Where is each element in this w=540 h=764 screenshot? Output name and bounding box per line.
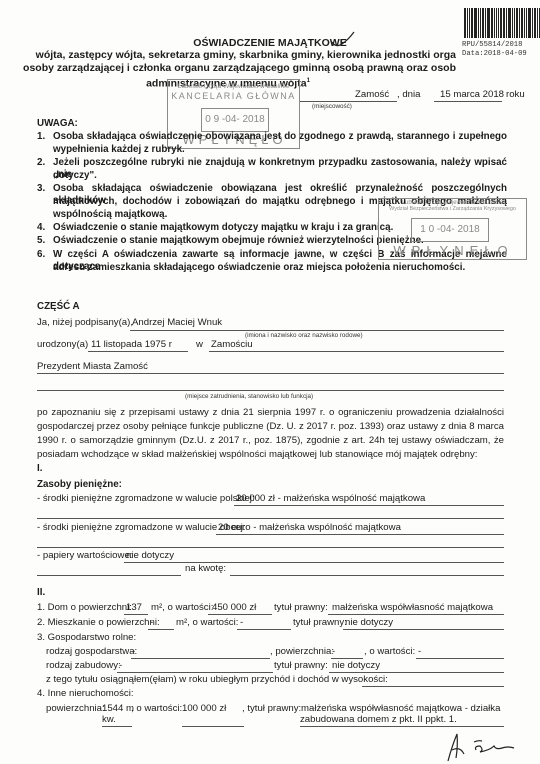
uwaga-item-5-line-1: Oświadczenie o stanie majątkowym obejmuj… bbox=[53, 235, 424, 247]
uwaga-item-1-num: 1. bbox=[37, 131, 45, 143]
stamp-1-line-1: Lubelski Urząd Wojewódzki w Lublinie bbox=[168, 83, 299, 90]
securities-value: nie dotyczy bbox=[126, 550, 174, 562]
place-caption: (miejscowość) bbox=[312, 103, 352, 111]
declarant-label: Ja, niżej podpisany(a), bbox=[37, 317, 133, 329]
footnote-mark: 1 bbox=[307, 78, 310, 84]
position-value: Prezydent Miasta Zamość bbox=[37, 361, 148, 373]
uwaga-item-4-num: 4. bbox=[37, 222, 45, 234]
farm-building: - bbox=[119, 660, 122, 672]
stamp-1-line-2: KANCELARIA GŁÓWNA bbox=[168, 91, 299, 101]
flat-title: nie dotyczy bbox=[345, 617, 393, 629]
barcode-id: RPU/55814/2018 bbox=[462, 41, 522, 50]
stamp-2-date: 1 0 -04- 2018 bbox=[411, 218, 489, 242]
foreign-label: - środki pieniężne zgromadzone w walucie… bbox=[37, 522, 246, 534]
born-label: urodzony(a) bbox=[37, 339, 88, 351]
born-date: 11 listopada 1975 r bbox=[91, 339, 172, 351]
legal-paragraph-line-4: posiadam wchodzące w skład małżeńskiej w… bbox=[37, 449, 477, 461]
uwaga-item-2-line-1: Jeżeli poszczególne rubryki nie znajdują… bbox=[53, 157, 507, 181]
legal-paragraph-line-2: gospodarczej przez osoby pełniące funkcj… bbox=[37, 421, 504, 433]
place-value: Zamość bbox=[355, 89, 389, 101]
header-line-1: wójta, zastępcy wójta, sekretarza gminy,… bbox=[0, 49, 456, 62]
uwaga-item-2-num: 2. bbox=[37, 157, 45, 169]
other-area-label: powierzchnia: bbox=[46, 703, 105, 715]
house-value: 450 000 zł bbox=[212, 602, 256, 614]
pln-value: 20 000 zł - małżeńska wspólność majątkow… bbox=[236, 493, 425, 505]
name-caption: (imiona i nazwisko oraz nazwisko rodowe) bbox=[245, 332, 363, 340]
uwaga-item-4-line-1: Oświadczenie o stanie majątkowym dotyczy… bbox=[53, 222, 393, 234]
barcode-date: Data:2018-04-09 bbox=[462, 50, 527, 59]
house-unit: m², o wartości: bbox=[151, 602, 213, 614]
pln-label: - środki pieniężne zgromadzone w walucie… bbox=[37, 493, 255, 505]
barcode-icon bbox=[464, 8, 540, 38]
flat-area: - bbox=[150, 617, 153, 629]
other-title-line-2: zabudowana domem z pkt. II ppkt. 1. bbox=[300, 714, 457, 726]
section-1-heading: Zasoby pieniężne: bbox=[37, 479, 122, 491]
born-in-label: w bbox=[196, 339, 203, 351]
uwaga-heading: UWAGA: bbox=[37, 118, 78, 130]
uwaga-item-1-line-1: Osoba składająca oświadczenie obowiązana… bbox=[53, 131, 507, 143]
roku-label: roku bbox=[506, 89, 525, 101]
flat-unit: m², o wartości: bbox=[176, 617, 238, 629]
stamp-2-footer: WPŁYNĘŁO bbox=[379, 243, 528, 258]
uwaga-item-1-line-2: wypełnienia każdej z rubryk. bbox=[53, 144, 185, 156]
legal-paragraph-line-3: 1990 r. o samorządzie gminnym (Dz.U. z 2… bbox=[37, 435, 504, 447]
farm-type-label: rodzaj gospodarstwa: bbox=[46, 646, 137, 658]
stamp-1-date: 0 9 -04- 2018 bbox=[201, 108, 269, 132]
uwaga-item-6-line-2: adresu zamieszkania składającego oświadc… bbox=[53, 262, 465, 274]
farm-type: - bbox=[132, 646, 135, 658]
uwaga-item-2-line-2: dotyczy". bbox=[53, 170, 97, 182]
amount-label: na kwotę: bbox=[185, 563, 226, 575]
house-title-label: tytuł prawny: bbox=[274, 602, 328, 614]
position-caption: (miejsce zatrudnienia, stanowisko lub fu… bbox=[185, 393, 313, 401]
dnia-label: , dnia bbox=[397, 89, 420, 101]
house-label: 1. Dom o powierzchni: bbox=[37, 602, 132, 614]
stamp-2-line-2: Wydział Bezpieczeństwa i Zarządzania Kry… bbox=[379, 206, 526, 212]
section-1-roman: I. bbox=[37, 463, 42, 475]
uwaga-item-6-num: 6. bbox=[37, 249, 45, 261]
farm-area: - bbox=[332, 646, 335, 658]
uwaga-item-3-line-3: wspólnością majątkową. bbox=[53, 209, 167, 221]
date-value: 15 marca 2018 bbox=[440, 89, 504, 101]
header-line-2: osoby zarządzającej i członka organu zar… bbox=[0, 62, 456, 75]
flat-value: - bbox=[240, 617, 243, 629]
received-stamp-2: Lubelski Urząd Wojewódzki w Lublinie Wyd… bbox=[378, 198, 527, 260]
farm-title: nie dotyczy bbox=[332, 660, 380, 672]
farm-value-label: , o wartości: bbox=[364, 646, 415, 658]
other-area-unit: kw. bbox=[102, 714, 116, 726]
house-area: 137 bbox=[126, 602, 142, 614]
uwaga-item-5-num: 5. bbox=[37, 235, 45, 247]
foreign-value: 20 euro - małżeńska wspólność majątkowa bbox=[218, 522, 401, 534]
other-title-label: , tytuł prawny: bbox=[242, 703, 301, 715]
part-a-heading: CZĘŚĆ A bbox=[37, 301, 80, 313]
farm-income-label: z tego tytułu osiągnąłem(ęłam) w roku ub… bbox=[46, 674, 388, 686]
section-2-roman: II. bbox=[37, 587, 45, 599]
legal-paragraph-line-1: po zapoznaniu się z przepisami ustawy z … bbox=[37, 407, 504, 419]
other-label: 4. Inne nieruchomości: bbox=[37, 688, 134, 700]
other-value: 100 000 zł bbox=[182, 703, 226, 715]
farm-title-label: tytuł prawny: bbox=[274, 660, 328, 672]
born-place: Zamościu bbox=[211, 339, 253, 351]
farm-value: - bbox=[418, 646, 421, 658]
farm-building-label: rodzaj zabudowy: bbox=[46, 660, 121, 672]
uwaga-item-3-num: 3. bbox=[37, 183, 45, 195]
securities-label: - papiery wartościowe: bbox=[37, 550, 132, 562]
flat-label: 2. Mieszkanie o powierzchni: bbox=[37, 617, 160, 629]
other-value-label: , o wartości: bbox=[131, 703, 182, 715]
signature-icon bbox=[430, 728, 520, 764]
flat-title-label: tytuł prawny: bbox=[293, 617, 347, 629]
farm-area-label: , powierzchnia: bbox=[270, 646, 334, 658]
farm-label: 3. Gospodarstwo rolne: bbox=[37, 632, 136, 644]
declarant-name: Andrzej Maciej Wnuk bbox=[132, 317, 222, 329]
house-title: małżeńska współwłasność majątkowa bbox=[332, 602, 493, 614]
